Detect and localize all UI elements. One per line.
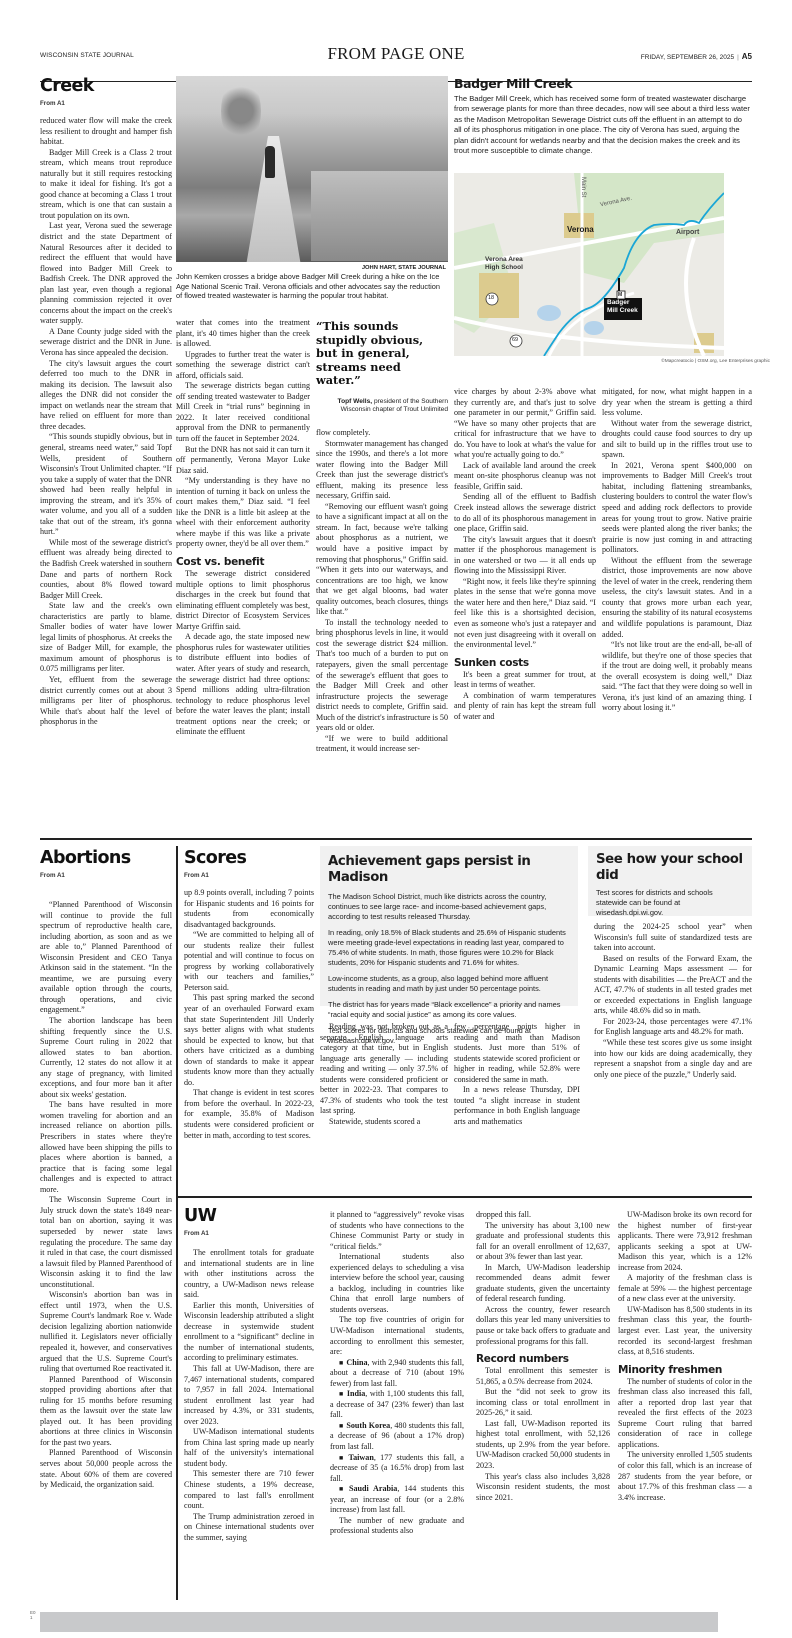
paragraph: In a news release Thursday, DPI touted “… <box>454 1085 580 1127</box>
paragraph: While most of the sewerage district's ef… <box>40 538 172 601</box>
jump-from: From A1 <box>40 100 172 107</box>
jump-from: From A1 <box>184 872 314 879</box>
paragraph: during the 2024-25 school year” when Wis… <box>594 922 752 954</box>
uw-header: UW From A1 <box>184 1206 314 1237</box>
paragraph: Without the effluent from the sewerage d… <box>602 556 752 640</box>
paragraph: The top five countries of origin for UW-… <box>330 1315 464 1357</box>
box-paragraph: In reading, only 18.5% of Black students… <box>328 928 570 968</box>
photo-caption: John Kemken crosses a bridge above Badge… <box>176 272 448 301</box>
separator: | <box>737 54 739 61</box>
paragraph: few percentage points higher in reading … <box>454 1022 580 1085</box>
paragraph: “It's not like trout are the end-all, be… <box>602 640 752 714</box>
map-label-creek: Badger Mill Creek <box>607 299 641 315</box>
paragraph: It's been a great summer for trout, at l… <box>454 670 596 691</box>
paragraph: The Wisconsin Supreme Court in July stru… <box>40 1195 172 1290</box>
paragraph: vice charges by about 2-3% above what th… <box>454 387 596 461</box>
achievement-gaps-box: Achievement gaps persist in Madison The … <box>320 846 578 1006</box>
paragraph: Reading was not broken out as a separate… <box>320 1022 448 1117</box>
creek-column-2: water that comes into the treatment plan… <box>176 318 310 738</box>
paragraph: Badger Mill Creek is a Class 2 trout str… <box>40 148 172 222</box>
paragraph: A Dane County judge sided with the sewer… <box>40 327 172 359</box>
subhead-cost-benefit: Cost vs. benefit <box>176 556 310 568</box>
country-item: Saudi Arabia, 144 students this year, an… <box>330 1484 464 1516</box>
hiker-shape <box>265 146 275 178</box>
paragraph: Planned Parenthood of Wisconsin serves a… <box>40 1448 172 1490</box>
page-code-line: 1 <box>30 1615 36 1620</box>
box-title: Achievement gaps persist in Madison <box>328 854 570 886</box>
section-divider <box>176 1196 752 1198</box>
paragraph: Based on results of the Forward Exam, th… <box>594 954 752 1017</box>
paragraph: Lack of available land around the creek … <box>454 461 596 493</box>
paragraph: Statewide, students scored a <box>320 1117 448 1128</box>
paragraph: State law and the creek's own characteri… <box>40 601 172 675</box>
paragraph: Total enrollment this semester is 51,865… <box>476 1366 610 1387</box>
paragraph: But the “did not seek to grow its incomi… <box>476 1387 610 1419</box>
uw-column-1: The enrollment totals for graduate and i… <box>184 1248 314 1543</box>
paragraph: The Trump administration zeroed in on Ch… <box>184 1512 314 1544</box>
paragraph: International students also experienced … <box>330 1252 464 1315</box>
paragraph: reduced water flow will make the creek l… <box>40 116 172 148</box>
subhead-sunken-costs: Sunken costs <box>454 657 596 669</box>
paragraph: In 2021, Verona spent $400,000 on improv… <box>602 461 752 556</box>
uw-column-4: UW-Madison broke its own record for the … <box>618 1210 752 1503</box>
water-shape <box>311 171 448 261</box>
paragraph: it planned to “aggressively” revoke visa… <box>330 1210 464 1252</box>
paragraph: flow completely. <box>316 428 448 439</box>
jump-from: From A1 <box>184 1230 314 1237</box>
paragraph: The city's lawsuit argues that it doesn'… <box>454 535 596 577</box>
uw-column-3: dropped this fall. The university has ab… <box>476 1210 610 1503</box>
paragraph: Last year, Verona sued the sewerage dist… <box>40 221 172 326</box>
paragraph: In March, UW-Madison leadership recommen… <box>476 1263 610 1305</box>
paragraph: Without water from the sewerage district… <box>602 419 752 461</box>
paragraph: The university has about 3,100 new gradu… <box>476 1221 610 1263</box>
creek-photo <box>176 76 448 262</box>
paragraph: A majority of the freshman class is fema… <box>618 1273 752 1305</box>
paragraph: “We are committed to helping all of our … <box>184 930 314 993</box>
country-name: Saudi Arabia <box>349 1484 397 1493</box>
paragraph: The university enrolled 1,505 students o… <box>618 1450 752 1503</box>
paragraph: Wisconsin's abortion ban was in effect u… <box>40 1290 172 1374</box>
scores-column-2: Reading was not broken out as a separate… <box>320 1022 448 1127</box>
map-label-high-school: Verona Area High School <box>485 256 533 272</box>
country-item: China, with 2,940 students this fall, ab… <box>330 1358 464 1390</box>
paragraph: UW-Madison has 8,500 students in its fre… <box>618 1305 752 1358</box>
paragraph: The sewerage districts began cutting off… <box>176 381 310 444</box>
paragraph: The enrollment totals for graduate and i… <box>184 1248 314 1301</box>
paragraph: Planned Parenthood of Wisconsin stopped … <box>40 1375 172 1449</box>
creek-column-1: reduced water flow will make the creek l… <box>40 116 172 728</box>
creek-slug: Creek <box>40 76 172 96</box>
paragraph: “If we were to build additional treatmen… <box>316 734 448 755</box>
paragraph: The number of new graduate and professio… <box>330 1516 464 1537</box>
creek-header: Creek From A1 <box>40 76 172 107</box>
map-label-airport: Airport <box>676 229 699 236</box>
page-code: E0 1 <box>30 1610 36 1620</box>
paragraph: water that comes into the treatment plan… <box>176 318 310 350</box>
creek-column-5: mitigated, for now, what might happen in… <box>602 387 752 714</box>
map-label-verona: Verona <box>567 225 594 234</box>
paragraph: “My understanding is they have no intent… <box>176 476 310 550</box>
abortions-header: Abortions From A1 <box>40 848 172 879</box>
country-item: South Korea, 480 students this fall, a d… <box>330 1421 464 1453</box>
pull-quote-text: “This sounds stupidly obvious, but in ge… <box>316 320 448 388</box>
country-item: Taiwan, 177 students this fall, a decrea… <box>330 1453 464 1485</box>
subhead-minority-freshmen: Minority freshmen <box>618 1364 752 1376</box>
paragraph: To install the technology needed to brin… <box>316 618 448 734</box>
creek-column-4: vice charges by about 2-3% above what th… <box>454 387 596 722</box>
paragraph: A decade ago, the state imposed new phos… <box>176 632 310 737</box>
paragraph: mitigated, for now, what might happen in… <box>602 387 752 419</box>
see-your-school-box: See how your school did Test scores for … <box>588 846 752 916</box>
pull-quote: “This sounds stupidly obvious, but in ge… <box>316 320 448 415</box>
paragraph: The sewerage district considered multipl… <box>176 569 310 632</box>
paragraph: For 2023-24, those percentages were 47.1… <box>594 1017 752 1038</box>
paragraph: “Planned Parenthood of Wisconsin will co… <box>40 900 172 1016</box>
country-item: India, with 1,100 students this fall, a … <box>330 1389 464 1421</box>
paragraph: dropped this fall. <box>476 1210 610 1221</box>
sidebox-title: See how your school did <box>596 852 744 884</box>
paragraph: This fall at UW-Madison, there are 7,467… <box>184 1364 314 1427</box>
paragraph: Across the country, fewer research dolla… <box>476 1305 610 1347</box>
creek-map: Main St Verona Ave. Verona Airport Veron… <box>454 173 724 356</box>
paragraph: UW-Madison broke its own record for the … <box>618 1210 752 1273</box>
paragraph: Upgrades to further treat the water is s… <box>176 350 310 382</box>
quote-speaker: Topf Wells, <box>338 398 373 405</box>
paragraph: That change is evident in test scores fr… <box>184 1088 314 1141</box>
country-name: South Korea <box>346 1421 390 1430</box>
paragraph: Sending all of the effluent to Badfish C… <box>454 492 596 534</box>
paragraph: This year's class also includes 3,828 Wi… <box>476 1472 610 1504</box>
dateline: FRIDAY, SEPTEMBER 26, 2025|A5 <box>641 52 752 61</box>
paragraph: But the DNR has not said it can turn it … <box>176 445 310 477</box>
box-paragraph: Low-income students, as a group, also la… <box>328 974 570 994</box>
jump-from: From A1 <box>40 872 172 879</box>
paragraph: The bans have resulted in more women tra… <box>40 1100 172 1195</box>
pull-quote-attribution: Topf Wells, president of the Southern Wi… <box>316 398 448 415</box>
highway-18-icon: 18 <box>488 295 494 301</box>
paragraph: Earlier this month, Universities of Wisc… <box>184 1301 314 1364</box>
paragraph: This past spring marked the second year … <box>184 993 314 1088</box>
country-name: China <box>346 1358 367 1367</box>
scores-header: Scores From A1 <box>184 848 314 879</box>
paragraph: The number of students of color in the f… <box>618 1377 752 1451</box>
uw-column-2: it planned to “aggressively” revoke visa… <box>330 1210 464 1537</box>
paragraph: “Right now, it feels like they're spinni… <box>454 577 596 651</box>
scores-column-3: few percentage points higher in reading … <box>454 1022 580 1127</box>
graphic-title: Badger Mill Creek <box>454 76 572 91</box>
paragraph: The abortion landscape has been shifting… <box>40 1016 172 1100</box>
paragraph: The city's lawsuit argues the court defe… <box>40 359 172 433</box>
paragraph: A combination of warm temperatures and p… <box>454 691 596 723</box>
creek-column-3: flow completely. Stormwater management h… <box>316 428 448 755</box>
map-credit: ©Mapcreatocio | OSM.org, Lee Enterprises… <box>454 359 770 364</box>
paragraph: Stormwater management has changed since … <box>316 439 448 502</box>
paragraph: UW-Madison international students from C… <box>184 1427 314 1469</box>
scores-slug: Scores <box>184 848 314 868</box>
paragraph: Last fall, UW-Madison reported its highe… <box>476 1419 610 1472</box>
ad-placeholder-bar <box>40 1612 718 1632</box>
uw-slug: UW <box>184 1206 314 1226</box>
paragraph: “Removing our effluent wasn't going to h… <box>316 502 448 618</box>
scores-column-4: during the 2024-25 school year” when Wis… <box>594 922 752 1080</box>
abortions-column: “Planned Parenthood of Wisconsin will co… <box>40 900 172 1491</box>
tree-shape <box>221 76 261 146</box>
sidebox-text: Test scores for districts and schools st… <box>596 888 744 918</box>
photo-credit: JOHN HART, STATE JOURNAL <box>176 265 446 271</box>
column-rule <box>176 1200 178 1600</box>
page-number: A5 <box>742 52 752 61</box>
box-paragraph: The Madison School District, much like d… <box>328 892 570 922</box>
paragraph: “This sounds stupidly obvious, but in ge… <box>40 432 172 537</box>
abortions-slug: Abortions <box>40 848 172 868</box>
box-paragraph: The district has for years made “Black e… <box>328 1000 570 1020</box>
graphic-description: The Badger Mill Creek, which has receive… <box>454 94 750 156</box>
metro-icon: M <box>618 292 622 298</box>
paragraph: This semester there are 710 fewer Chines… <box>184 1469 314 1511</box>
highway-69-icon: 69 <box>512 337 518 343</box>
paragraph: Yet, effluent from the sewerage district… <box>40 675 172 728</box>
section-divider <box>40 838 752 840</box>
paragraph: “While these test scores give us some in… <box>594 1038 752 1080</box>
subhead-record-numbers: Record numbers <box>476 1353 610 1365</box>
country-name: Taiwan <box>348 1453 373 1462</box>
scores-column-1: up 8.9 points overall, including 7 point… <box>184 888 314 1141</box>
issue-date: FRIDAY, SEPTEMBER 26, 2025 <box>641 54 734 61</box>
column-rule <box>176 846 178 1242</box>
paragraph: up 8.9 points overall, including 7 point… <box>184 888 314 930</box>
country-name: India <box>347 1389 365 1398</box>
map-label-main-st: Main St <box>580 177 586 197</box>
